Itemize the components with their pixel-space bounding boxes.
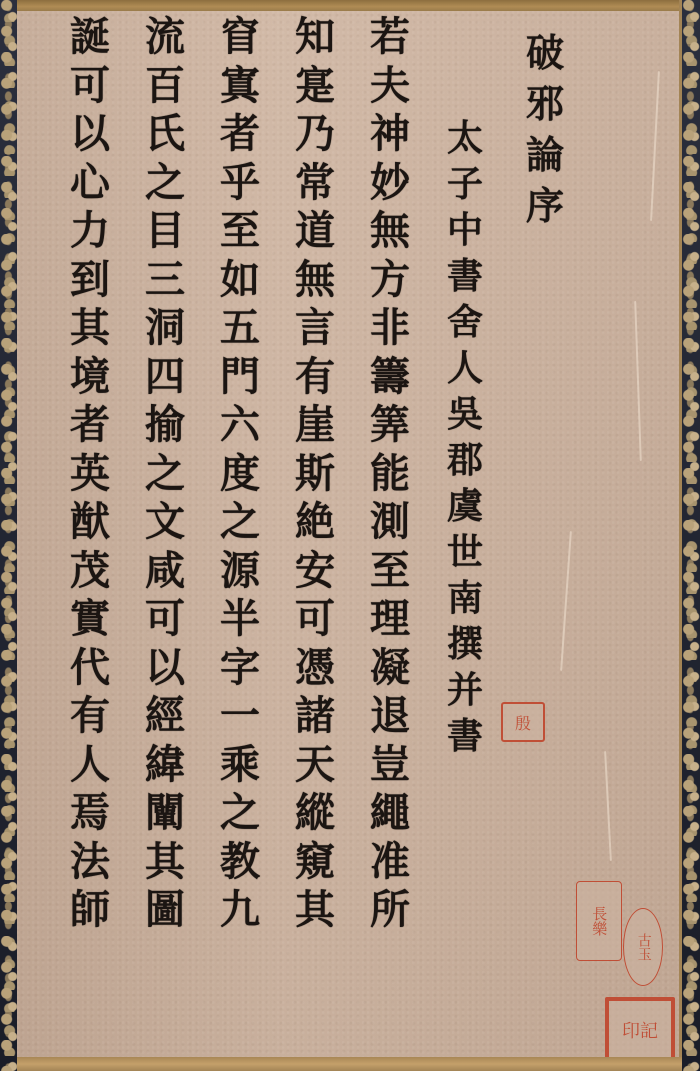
calligraphy-character: 緯 [139,741,191,790]
calligraphy-character: 無 [289,256,341,305]
calligraphy-character: 可 [64,62,116,111]
calligraphy-character: 百 [139,62,191,111]
calligraphy-character: 知 [289,13,341,62]
calligraphy-character: 代 [64,644,116,693]
calligraphy-character: 之 [214,498,266,547]
paper-crease [604,751,612,861]
right-gold-border [679,0,682,1071]
calligraphy-character: 猷 [64,498,116,547]
calligraphy-character: 揄 [139,401,191,450]
calligraphy-character: 退 [364,692,416,741]
calligraphy-character: 道 [289,207,341,256]
calligraphy-character: 教 [214,838,266,887]
calligraphy-character: 師 [64,886,116,935]
calligraphy-character: 太 [439,115,491,161]
calligraphy-character: 乃 [289,110,341,159]
collector-seal-small-square: 殷 [501,702,545,742]
body-column-1: 若夫神妙無方非籌筭能測至理凝退豈繩准所 [364,13,416,935]
calligraphy-character: 若 [364,13,416,62]
calligraphy-character: 其 [139,838,191,887]
calligraphy-character: 乎 [214,159,266,208]
calligraphy-character: 字 [214,644,266,693]
collector-seal-rectangular: 長樂 [576,881,622,961]
calligraphy-character: 人 [64,741,116,790]
calligraphy-character: 有 [289,353,341,402]
calligraphy-character: 到 [64,256,116,305]
calligraphy-character: 之 [139,159,191,208]
calligraphy-character: 繩 [364,789,416,838]
calligraphy-character: 籌 [364,353,416,402]
calligraphy-character: 常 [289,159,341,208]
calligraphy-character: 半 [214,595,266,644]
calligraphy-scroll: 破邪論序 太子中書舍人吳郡虞世南撰并書 若夫神妙無方非籌筭能測至理凝退豈繩准所 … [0,0,700,1071]
calligraphy-character: 無 [364,207,416,256]
calligraphy-character: 并 [439,667,491,713]
seal-text: 印記 [622,1017,658,1043]
calligraphy-character: 經 [139,692,191,741]
calligraphy-character: 南 [439,575,491,621]
calligraphy-character: 英 [64,450,116,499]
calligraphy-character: 豈 [364,741,416,790]
calligraphy-character: 寘 [214,62,266,111]
calligraphy-character: 至 [214,207,266,256]
calligraphy-character: 書 [439,253,491,299]
calligraphy-character: 邪 [519,78,571,129]
calligraphy-character: 窅 [214,13,266,62]
calligraphy-character: 天 [289,741,341,790]
calligraphy-character: 書 [439,713,491,759]
collector-seal-large-square: 印記 [605,997,675,1063]
calligraphy-character: 焉 [64,789,116,838]
calligraphy-character: 所 [364,886,416,935]
calligraphy-character: 者 [64,401,116,450]
calligraphy-character: 三 [139,256,191,305]
calligraphy-character: 者 [214,110,266,159]
calligraphy-character: 其 [289,886,341,935]
calligraphy-character: 源 [214,547,266,596]
right-brocade-border [682,0,700,1071]
calligraphy-character: 凝 [364,644,416,693]
calligraphy-character: 流 [139,13,191,62]
calligraphy-character: 乘 [214,741,266,790]
calligraphy-character: 有 [64,692,116,741]
calligraphy-character: 度 [214,450,266,499]
calligraphy-character: 理 [364,595,416,644]
paper-crease [560,531,572,671]
calligraphy-character: 可 [289,595,341,644]
calligraphy-character: 如 [214,256,266,305]
calligraphy-character: 筭 [364,401,416,450]
calligraphy-character: 門 [214,353,266,402]
calligraphy-character: 可 [139,595,191,644]
calligraphy-character: 諸 [289,692,341,741]
left-brocade-border [0,0,17,1071]
calligraphy-character: 誕 [64,13,116,62]
calligraphy-character: 六 [214,401,266,450]
calligraphy-character: 吳 [439,391,491,437]
calligraphy-character: 境 [64,353,116,402]
calligraphy-character: 崖 [289,401,341,450]
calligraphy-character: 神 [364,110,416,159]
calligraphy-character: 文 [139,498,191,547]
calligraphy-character: 其 [64,304,116,353]
calligraphy-character: 郡 [439,437,491,483]
calligraphy-character: 測 [364,498,416,547]
calligraphy-character: 能 [364,450,416,499]
top-gold-border [17,0,682,11]
calligraphy-character: 實 [64,595,116,644]
title-column: 破邪論序 [519,27,571,231]
body-column-3: 窅寘者乎至如五門六度之源半字一乘之教九 [214,13,266,935]
calligraphy-character: 人 [439,345,491,391]
calligraphy-character: 寔 [289,62,341,111]
calligraphy-character: 洞 [139,304,191,353]
calligraphy-character: 心 [64,159,116,208]
calligraphy-character: 憑 [289,644,341,693]
body-column-4: 流百氏之目三洞四揄之文咸可以經緯闡其圖 [139,13,191,935]
calligraphy-character: 以 [139,644,191,693]
paper-crease [634,301,642,461]
calligraphy-character: 妙 [364,159,416,208]
calligraphy-character: 茂 [64,547,116,596]
calligraphy-character: 虞 [439,483,491,529]
calligraphy-character: 絶 [289,498,341,547]
seal-text: 古玉 [635,933,650,961]
calligraphy-character: 破 [519,27,571,78]
collector-seal-oval: 古玉 [623,908,663,986]
seal-text: 殷 [515,711,531,734]
calligraphy-character: 法 [64,838,116,887]
calligraphy-character: 咸 [139,547,191,596]
calligraphy-character: 縱 [289,789,341,838]
calligraphy-character: 子 [439,161,491,207]
calligraphy-character: 序 [519,180,571,231]
calligraphy-character: 窺 [289,838,341,887]
attribution-column: 太子中書舍人吳郡虞世南撰并書 [439,115,491,759]
body-column-2: 知寔乃常道無言有崖斯絶安可憑諸天縱窺其 [289,13,341,935]
calligraphy-character: 一 [214,692,266,741]
calligraphy-character: 言 [289,304,341,353]
calligraphy-character: 撰 [439,621,491,667]
calligraphy-character: 中 [439,207,491,253]
calligraphy-character: 之 [139,450,191,499]
calligraphy-character: 至 [364,547,416,596]
seal-text: 長樂 [591,906,608,936]
calligraphy-character: 安 [289,547,341,596]
calligraphy-character: 闡 [139,789,191,838]
calligraphy-character: 論 [519,129,571,180]
paper-crease [650,71,660,221]
calligraphy-character: 氏 [139,110,191,159]
calligraphy-character: 之 [214,789,266,838]
bottom-gold-border [17,1057,682,1071]
calligraphy-character: 九 [214,886,266,935]
calligraphy-character: 准 [364,838,416,887]
body-column-5: 誕可以心力到其境者英猷茂實代有人焉法師 [64,13,116,935]
calligraphy-character: 圖 [139,886,191,935]
calligraphy-character: 夫 [364,62,416,111]
calligraphy-character: 力 [64,207,116,256]
calligraphy-character: 四 [139,353,191,402]
calligraphy-character: 舍 [439,299,491,345]
calligraphy-character: 方 [364,256,416,305]
calligraphy-character: 世 [439,529,491,575]
calligraphy-character: 五 [214,304,266,353]
calligraphy-character: 以 [64,110,116,159]
calligraphy-character: 目 [139,207,191,256]
calligraphy-character: 非 [364,304,416,353]
calligraphy-character: 斯 [289,450,341,499]
